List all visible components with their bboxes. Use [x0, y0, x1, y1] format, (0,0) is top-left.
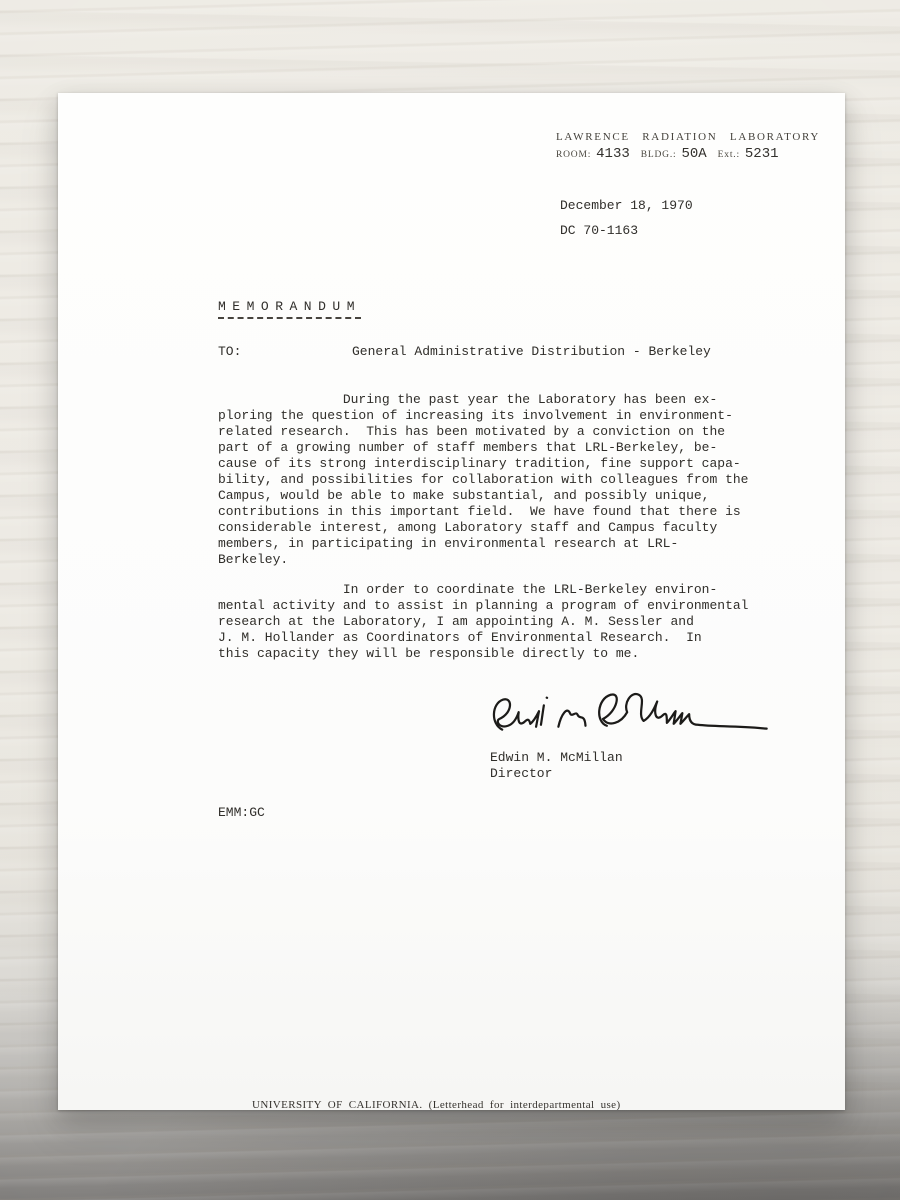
signature-image [486, 687, 778, 749]
reference-initials: EMM:GC [218, 805, 265, 821]
doc-number: DC 70-1163 [560, 223, 693, 239]
body-paragraph-1: During the past year the Laboratory has … [218, 392, 783, 568]
signature-stroke-middle-initial [558, 711, 585, 727]
to-row: TO: General Administrative Distribution … [218, 344, 711, 360]
ext-label: Ext.: [718, 150, 740, 160]
signature-block: Edwin M. McMillan Director [490, 750, 623, 782]
ext-value: 5231 [745, 146, 779, 162]
signer-title: Director [490, 766, 623, 782]
photo-background: LAWRENCE RADIATION LABORATORY ROOM: 4133… [0, 0, 900, 1200]
memo-title: MEMORANDUM [218, 299, 361, 319]
date-block: December 18, 1970 DC 70-1163 [560, 198, 693, 239]
bldg-label: BLDG.: [641, 150, 677, 160]
letterhead-contact-line: ROOM: 4133 BLDG.: 50A Ext.: 5231 [556, 146, 820, 162]
letterhead: LAWRENCE RADIATION LABORATORY ROOM: 4133… [556, 131, 820, 162]
memo-paper: LAWRENCE RADIATION LABORATORY ROOM: 4133… [58, 93, 845, 1110]
room-value: 4133 [596, 146, 630, 162]
footer-imprint: UNIVERSITY OF CALIFORNIA. (Letterhead fo… [252, 1099, 621, 1110]
to-value: General Administrative Distribution - Be… [352, 344, 711, 360]
signer-name: Edwin M. McMillan [490, 750, 623, 766]
room-label: ROOM: [556, 150, 591, 160]
body-paragraph-2: In order to coordinate the LRL-Berkeley … [218, 582, 783, 662]
signature-stroke-first-name [494, 698, 547, 730]
date-line: December 18, 1970 [560, 198, 693, 214]
bldg-value: 50A [681, 146, 706, 162]
to-label: TO: [218, 344, 352, 360]
signature-stroke-last-name [599, 694, 766, 729]
letterhead-org-name: LAWRENCE RADIATION LABORATORY [556, 131, 820, 143]
